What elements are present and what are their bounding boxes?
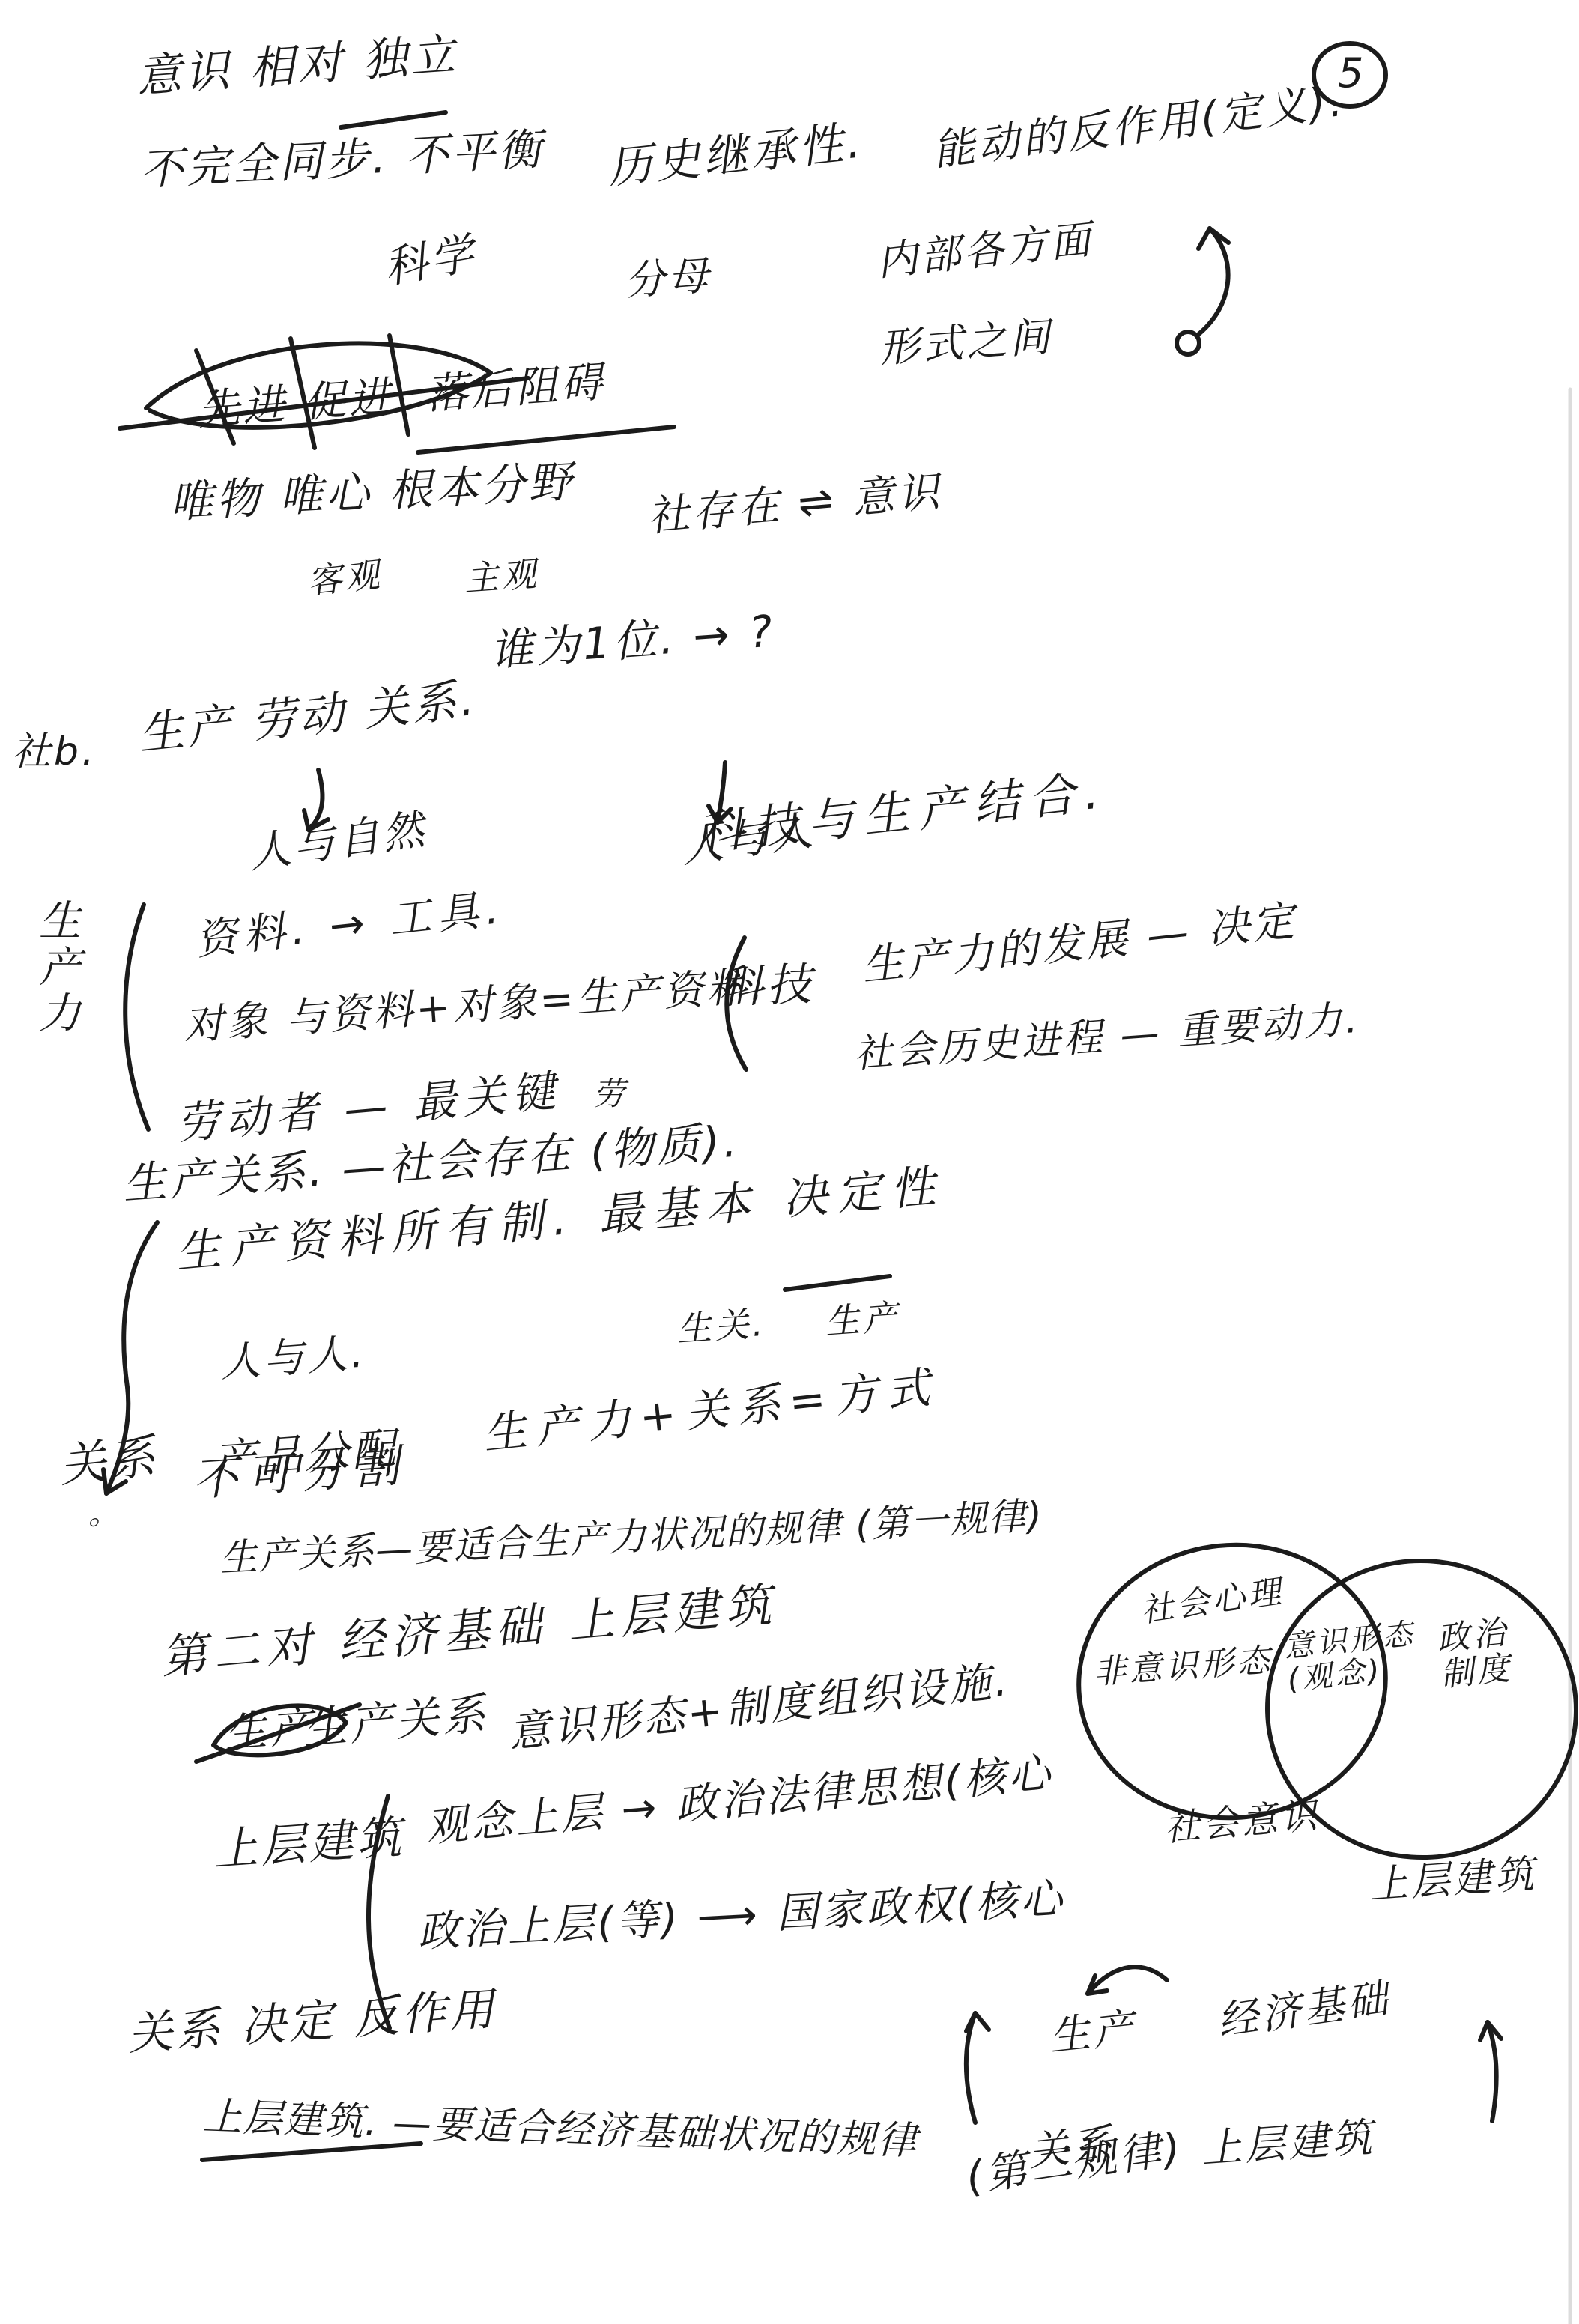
note-line: 生关. [676, 1305, 767, 1349]
note-line: 社存在 ⇌ 意识 [646, 469, 944, 541]
note-line: 能动的反作用(定义). [930, 79, 1348, 175]
margin-label-vertical: 生 产 力 [39, 899, 84, 1037]
note-line: 生产 [824, 1298, 901, 1341]
list-item: 生产力的发展 — 决定 [860, 898, 1300, 989]
margin-label: 关系 [57, 1430, 160, 1492]
list-item: 观念上层 → 政治法律思想(核心 [424, 1750, 1055, 1851]
note-line: 关系 决定 反作用 [126, 1985, 499, 2060]
note-line: 上层建筑 [211, 1812, 406, 1875]
note-line: 科技与生产结合. [695, 766, 1110, 860]
list-item: 社会历史进程 — 重要动力. [852, 998, 1362, 1076]
note-line: 分母 [623, 253, 713, 303]
note-line: 生产关系 [301, 1690, 491, 1753]
list-item: 资料. → 工具. [193, 886, 506, 965]
margin-label: 。 [88, 1498, 121, 1531]
note-line: 唯物 唯心 根本分野 [169, 458, 575, 527]
note-line: 意识形态+制度组织设施. [506, 1658, 1012, 1757]
heading-line: 意识 相对 独立 [135, 30, 460, 102]
note-line: 主观 [463, 555, 540, 598]
venn-overlap-label: 意识形态 (观念) [1282, 1618, 1420, 1697]
note-line: 内部各方面 [875, 217, 1096, 284]
venn-left-label: 非意识形态 [1092, 1642, 1274, 1691]
margin-label: 社b. [12, 731, 97, 774]
note-line: 科学 [381, 229, 480, 292]
notes-canvas: 5意识 相对 独立不完全同步. 不平衡历史继承性.能动的反作用(定义).科学分母… [0, 0, 1579, 2324]
rule-line: 生产关系—要适合生产力状况的规律 (第一规律) [219, 1495, 1044, 1580]
note-line: 先进 促进 落后阻碍 [196, 359, 607, 434]
formula: 生产力+关系=方式 [481, 1363, 942, 1458]
note-line: 生产 劳动 关系. [136, 675, 479, 759]
note-line: 人与自然 [246, 807, 430, 877]
note-line: 形式之间 [878, 315, 1055, 371]
note-line: 客观 [306, 556, 384, 601]
rule-line: 上层建筑. —要适合经济基础状况的规律 [202, 2096, 918, 2163]
note-line: 劳 [593, 1077, 628, 1111]
list-item: 政治上层(等) ⟶ 国家政权(核心 [416, 1876, 1066, 1956]
cycle-label: 关系 [1026, 2121, 1118, 2174]
venn-right-label: 政治 制度 [1435, 1615, 1515, 1694]
venn-caption: 上层建筑 [1368, 1853, 1538, 1908]
scanned-notes-page: { "page": { "kind": "handwritten-study-n… [0, 0, 1579, 2324]
cycle-label: 上层建筑 [1200, 2115, 1377, 2171]
list-item: 对象 与资料+对象=生产资料. [182, 963, 767, 1049]
cycle-label: 生产 [1047, 2006, 1139, 2059]
note-line: 不完全同步. 不平衡 [139, 126, 545, 195]
note-line: 谁为1位. → ? [488, 607, 777, 675]
venn-caption: 社会意识 [1163, 1796, 1321, 1849]
section-line: 第二对 经济基础 上层建筑 [159, 1579, 779, 1684]
list-item: 人与人. [219, 1330, 368, 1385]
venn-left-label: 社会心理 [1139, 1574, 1286, 1630]
note-line: 科技 [718, 960, 815, 1013]
note-line: 历史继承性. [605, 117, 866, 192]
cycle-label: 经济基础 [1215, 1976, 1393, 2044]
